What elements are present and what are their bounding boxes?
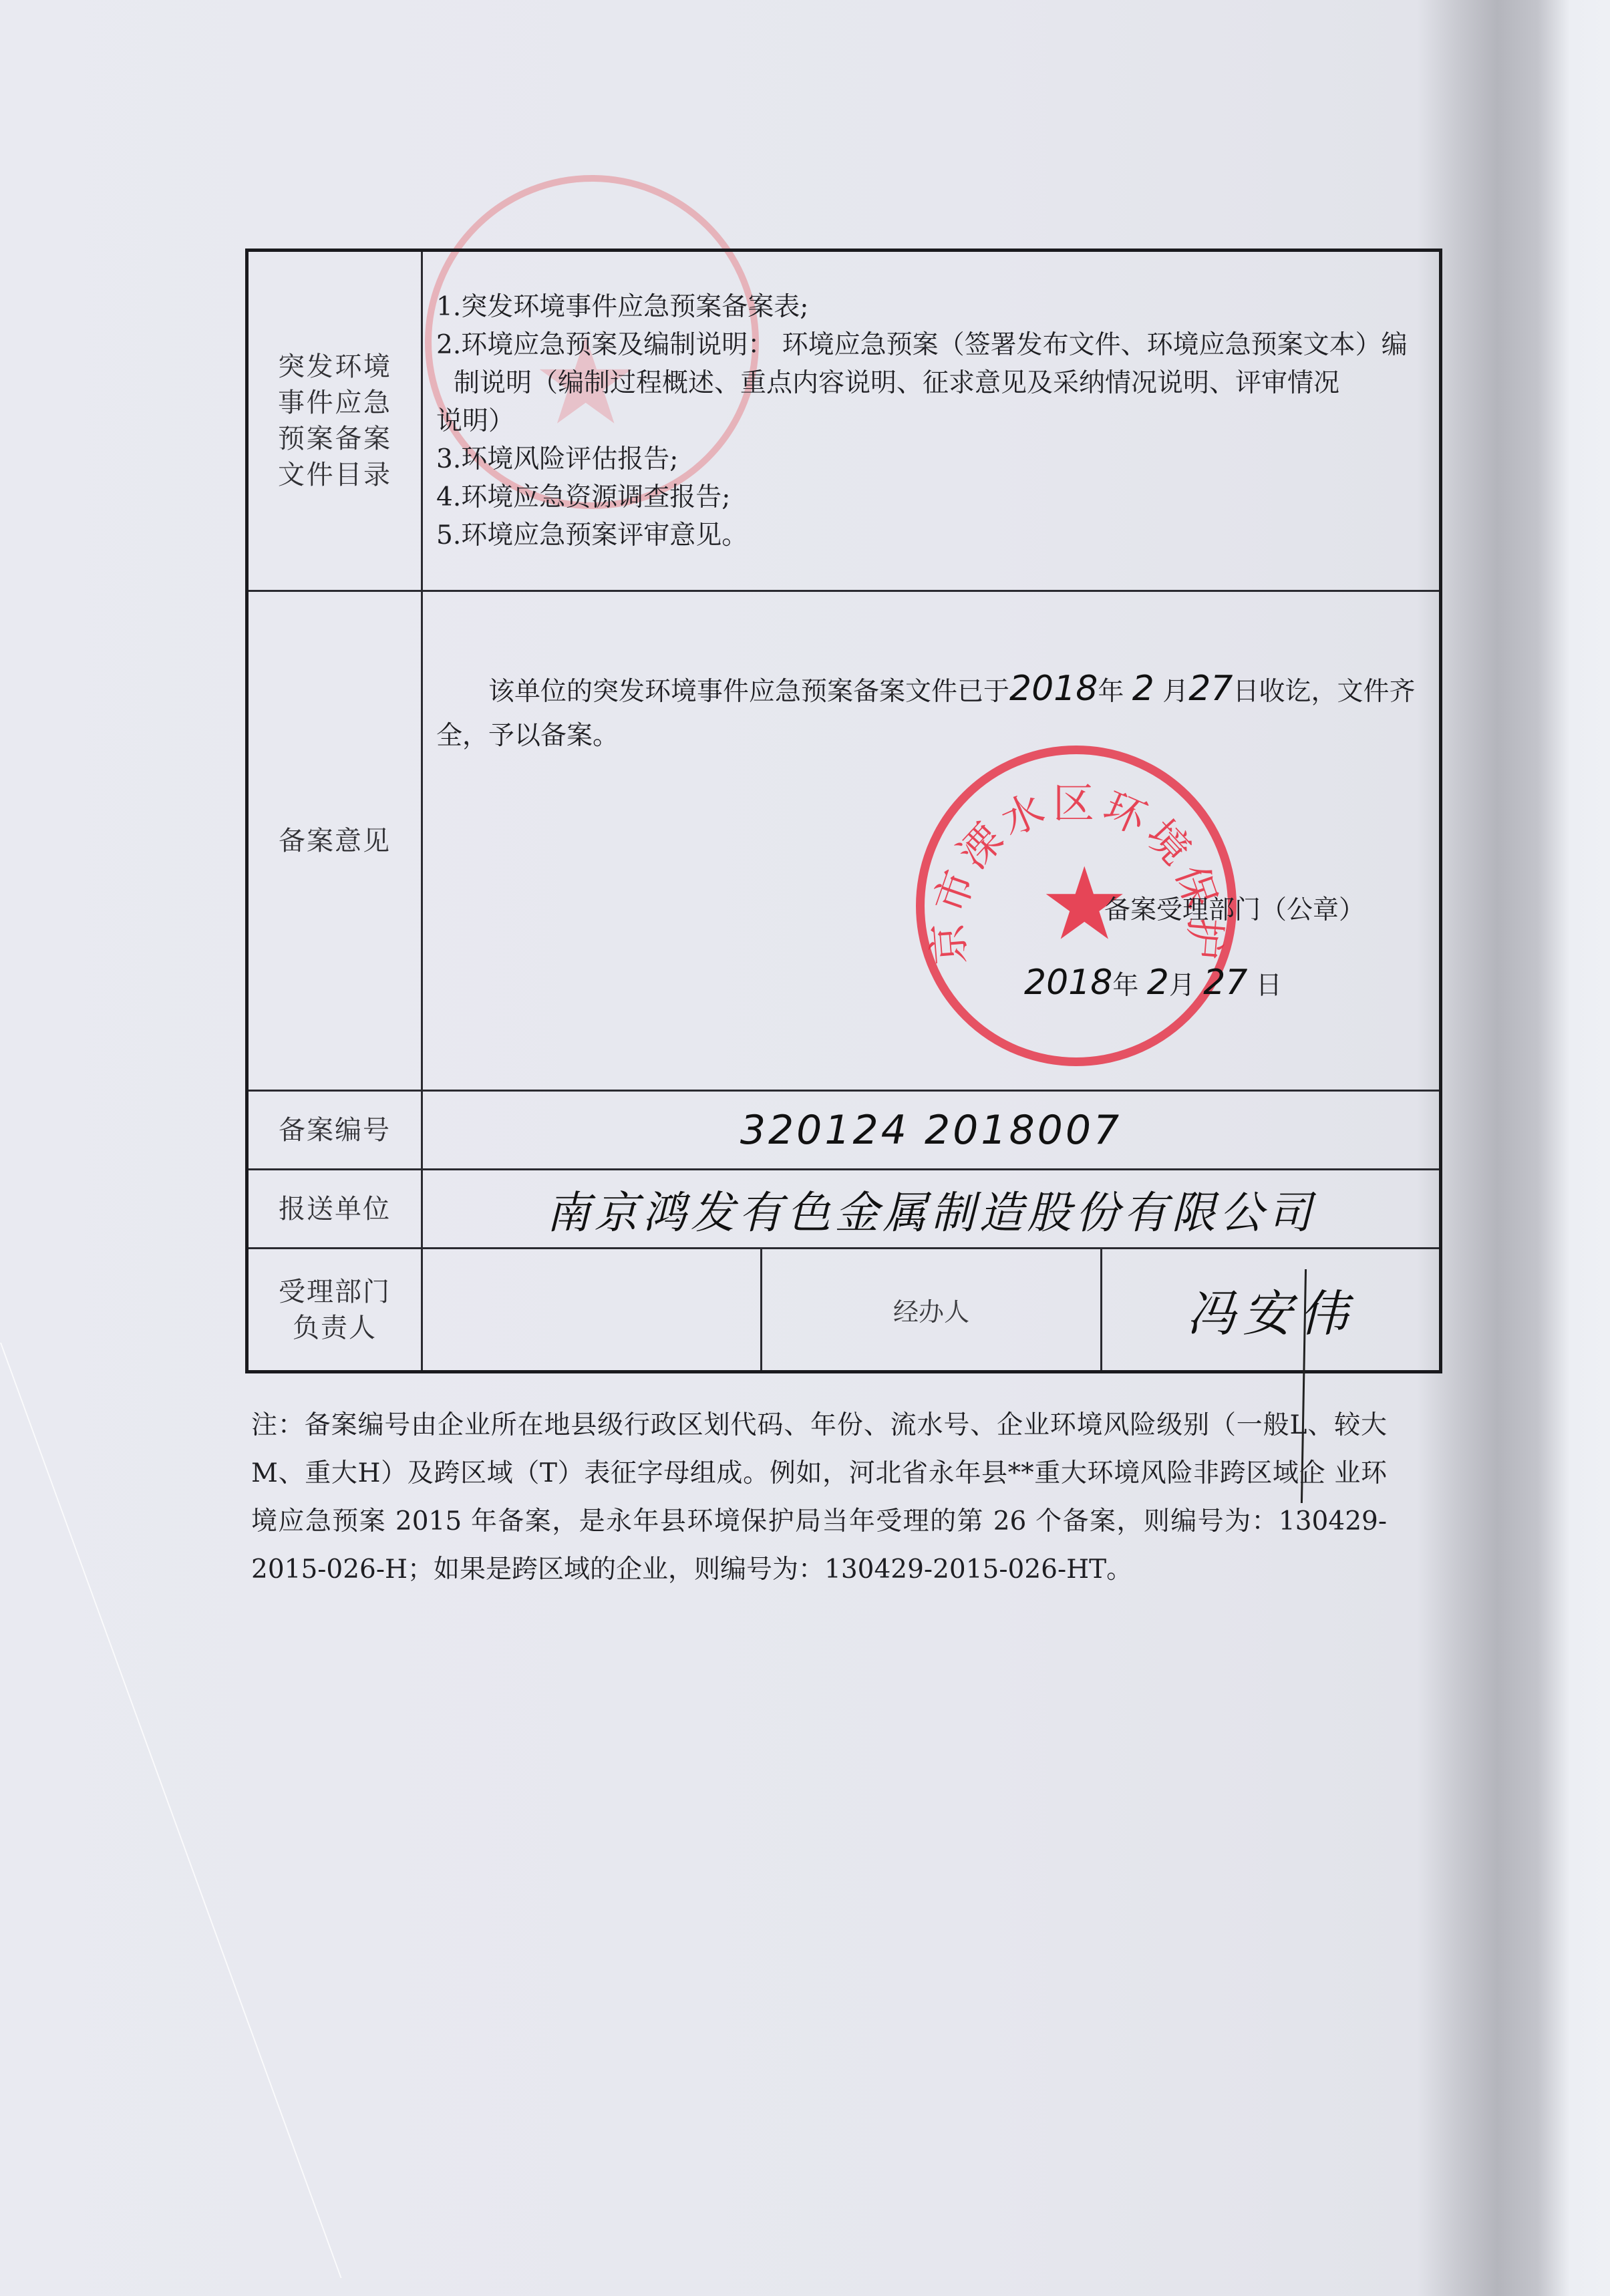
row-filing-number: 备案编号 320124 2018007 bbox=[247, 1091, 1441, 1170]
row-responsible: 受理部门 负责人 经办人 冯安伟 bbox=[247, 1249, 1441, 1372]
file-list: 1.突发环境事件应急预案备案表; 2.环境应急预案及编制说明： 环境应急预案（签… bbox=[422, 251, 1441, 591]
handwritten-filing-number: 320124 2018007 bbox=[740, 1107, 1122, 1154]
handwritten-company-name: 南京鸿发有色金属制造股份有限公司 bbox=[546, 1187, 1316, 1239]
filing-number-cell: 320124 2018007 bbox=[422, 1091, 1441, 1170]
label-line: 文件目录 bbox=[278, 460, 391, 490]
filing-form-table: 突发环境 事件应急 预案备案 文件目录 1.突发环境事件应急预案备案表; 2.环… bbox=[245, 249, 1442, 1373]
seal-date: 2018年 2月 27 日 bbox=[1024, 963, 1282, 1003]
footnote: 注：备案编号由企业所在地县级行政区划代码、年份、流水号、企业环境风险级别（一般L… bbox=[251, 1402, 1387, 1594]
submitting-unit-cell: 南京鸿发有色金属制造股份有限公司 bbox=[422, 1170, 1441, 1249]
file-list-item: 3.环境风险评估报告; bbox=[436, 440, 1427, 478]
responsible-value bbox=[422, 1249, 762, 1372]
filing-number-label: 备案编号 bbox=[247, 1091, 422, 1170]
file-list-item: 1.突发环境事件应急预案备案表; bbox=[436, 288, 1427, 326]
handwritten-month: 2 bbox=[1132, 669, 1154, 709]
handler-signature: 冯安伟 bbox=[1101, 1249, 1440, 1372]
file-list-item-cont: 说明） bbox=[436, 402, 1427, 440]
opinion-cell: 该单位的突发环境事件应急预案备案文件已于2018年 2 月27日收讫，文件齐全，… bbox=[422, 591, 1441, 1091]
file-list-label: 突发环境 事件应急 预案备案 文件目录 bbox=[247, 251, 422, 591]
handler-label: 经办人 bbox=[762, 1249, 1101, 1372]
label-line: 突发环境 bbox=[278, 351, 391, 382]
file-list-item: 2.环境应急预案及编制说明： 环境应急预案（签署发布文件、环境应急预案文本）编 bbox=[436, 326, 1427, 364]
label-line: 事件应急 bbox=[278, 387, 391, 418]
row-opinion: 备案意见 该单位的突发环境事件应急预案备案文件已于2018年 2 月27日收讫，… bbox=[247, 591, 1441, 1091]
seal-caption: 备案受理部门（公章） bbox=[1104, 889, 1365, 927]
opinion-text: 该单位的突发环境事件应急预案备案文件已于2018年 2 月27日收讫，文件齐全，… bbox=[436, 667, 1426, 758]
handwritten-day: 27 bbox=[1188, 669, 1233, 709]
opinion-label: 备案意见 bbox=[247, 591, 422, 1091]
handwritten-year: 2018 bbox=[1009, 669, 1098, 709]
submitting-unit-label: 报送单位 bbox=[247, 1170, 422, 1249]
responsible-label: 受理部门 负责人 bbox=[247, 1249, 422, 1372]
row-submitting-unit: 报送单位 南京鸿发有色金属制造股份有限公司 bbox=[247, 1170, 1441, 1249]
file-list-item-cont: 制说明（编制过程概述、重点内容说明、征求意见及采纳情况说明、评审情况 bbox=[436, 364, 1427, 402]
file-list-item: 4.环境应急资源调查报告; bbox=[436, 478, 1427, 516]
label-line: 预案备案 bbox=[278, 424, 391, 454]
row-file-list: 突发环境 事件应急 预案备案 文件目录 1.突发环境事件应急预案备案表; 2.环… bbox=[247, 251, 1441, 591]
file-list-item: 5.环境应急预案评审意见。 bbox=[436, 516, 1427, 554]
